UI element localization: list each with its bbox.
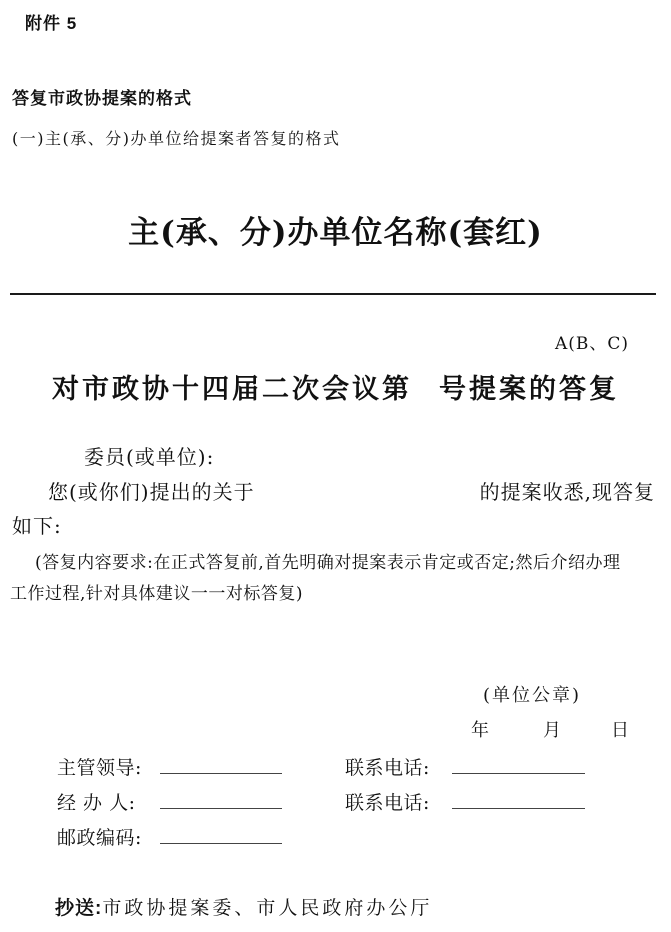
letterhead-divider-line: [10, 293, 656, 295]
body-line1-prefix: 您(或你们)提出的关于: [48, 476, 255, 505]
supervisor-phone-fill-line: [452, 753, 585, 774]
date-day-label: 日: [611, 716, 629, 742]
document-page: 附件 5 答复市政协提案的格式 (一)主(承、分)办单位给提案者答复的格式 主(…: [0, 0, 671, 932]
reply-title-prefix: 对市政协十四届二次会议第: [52, 374, 412, 405]
reply-note-line1: (答复内容要求:在正式答复前,首先明确对提案表示肯定或否定;然后介绍办理: [35, 548, 621, 573]
body-line1-suffix: 的提案收悉,现答复: [480, 476, 655, 505]
date-year-label: 年: [471, 716, 489, 742]
handler-label: 经 办 人:: [57, 788, 135, 815]
reply-title-suffix: 号提案的答复: [439, 374, 619, 405]
body-line-1: 您(或你们)提出的关于 的提案收悉,现答复: [48, 476, 655, 505]
handler-phone-fill-line: [452, 788, 585, 809]
seal-placeholder: (单位公章): [483, 681, 581, 707]
handler-fill-line: [160, 788, 282, 809]
body-line-2: 如下:: [12, 510, 62, 539]
date-month-label: 月: [543, 716, 561, 742]
supervisor-label: 主管领导:: [57, 753, 142, 780]
cc-line: 抄送:市政协提案委、市人民政府办公厅: [55, 893, 432, 920]
reply-title: 对市政协十四届二次会议第号提案的答复: [0, 367, 671, 406]
attachment-label: 附件 5: [25, 9, 77, 34]
salutation: 委员(或单位):: [84, 441, 214, 470]
reply-note-line2: 工作过程,针对具体建议一一对标答复): [10, 579, 303, 604]
handler-phone-label: 联系电话:: [345, 788, 430, 815]
grade-code: A(B、C): [555, 329, 629, 354]
cc-label: 抄送:: [55, 898, 102, 919]
supervisor-phone-label: 联系电话:: [345, 753, 430, 780]
supervisor-fill-line: [160, 753, 282, 774]
cc-value: 市政协提案委、市人民政府办公厅: [102, 897, 432, 919]
letterhead-org-title: 主(承、分)办单位名称(套红): [0, 207, 671, 252]
subsection-title: (一)主(承、分)办单位给提案者答复的格式: [12, 126, 340, 149]
postal-code-label: 邮政编码:: [57, 823, 142, 850]
section-title: 答复市政协提案的格式: [12, 84, 192, 109]
postal-code-fill-line: [160, 823, 282, 844]
